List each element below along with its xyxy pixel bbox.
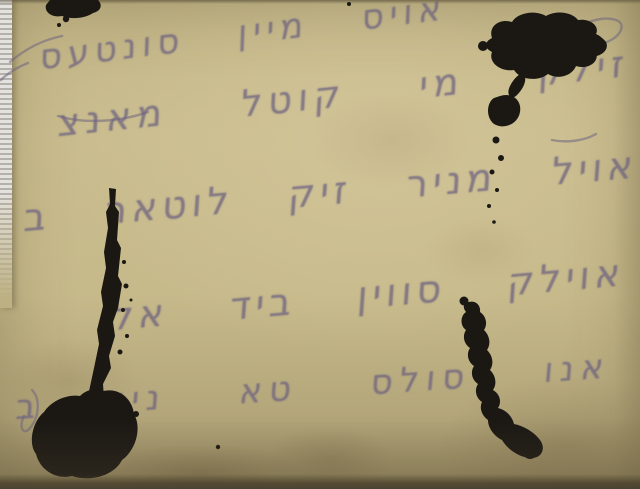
left-binding-edge <box>0 0 12 308</box>
photo-of-handwritten-note: אויס מיין סונטעס זילק מי קוטל מאנצ אויל … <box>0 0 640 489</box>
bottom-edge-shadow <box>0 474 640 489</box>
